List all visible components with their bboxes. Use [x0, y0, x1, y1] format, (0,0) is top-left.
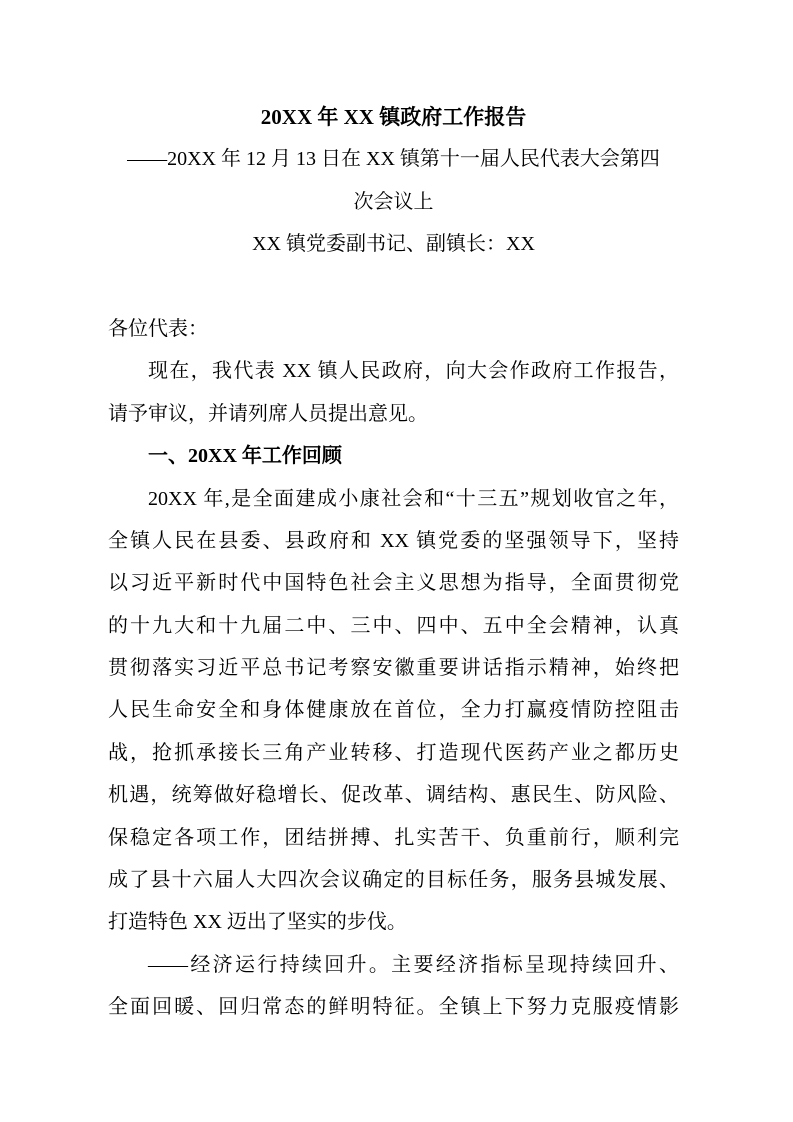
text-line: 各位代表：	[108, 308, 679, 350]
text-line: 机遇，统筹做好稳增长、促改革、调结构、惠民生、防风险、	[108, 774, 679, 816]
text-line: 保稳定各项工作，团结拼搏、扎实苦干、负重前行，顺利完	[108, 817, 679, 859]
text-line: 现在，我代表 XX 镇人民政府，向大会作政府工作报告，	[108, 350, 679, 392]
document-page: 20XX 年 XX 镇政府工作报告——20XX 年 12 月 13 日在 XX …	[0, 0, 793, 1122]
blank-line	[108, 266, 679, 308]
document-subtitle-line: ——20XX 年 12 月 13 日在 XX 镇第十一届人民代表大会第四	[108, 138, 679, 180]
text-line: 以习近平新时代中国特色社会主义思想为指导，全面贯彻党	[108, 562, 679, 604]
text-line: ——经济运行持续回升。主要经济指标呈现持续回升、	[108, 944, 679, 986]
text-line: 贯彻落实习近平总书记考察安徽重要讲话指示精神，始终把	[108, 647, 679, 689]
document-title: 20XX 年 XX 镇政府工作报告	[108, 96, 679, 138]
text-line: 成了县十六届人大四次会议确定的目标任务，服务县城发展、	[108, 859, 679, 901]
text-line: 的十九大和十九届二中、三中、四中、五中全会精神，认真	[108, 605, 679, 647]
text-line: 请予审议，并请列席人员提出意见。	[108, 393, 679, 435]
text-line: 打造特色 XX 迈出了坚实的步伐。	[108, 901, 679, 943]
text-line: 人民生命安全和身体健康放在首位，全力打赢疫情防控阻击	[108, 689, 679, 731]
text-line: 战，抢抓承接长三角产业转移、打造现代医药产业之都历史	[108, 732, 679, 774]
document-byline: XX 镇党委副书记、副镇长：XX	[108, 223, 679, 265]
text-line: 20XX 年,是全面建成小康社会和“十三五”规划收官之年，	[108, 478, 679, 520]
document-subtitle-line: 次会议上	[108, 181, 679, 223]
section-heading: 一、20XX 年工作回顾	[108, 435, 679, 477]
text-line: 全镇人民在县委、县政府和 XX 镇党委的坚强领导下，坚持	[108, 520, 679, 562]
text-line: 全面回暖、回归常态的鲜明特征。全镇上下努力克服疫情影	[108, 986, 679, 1028]
